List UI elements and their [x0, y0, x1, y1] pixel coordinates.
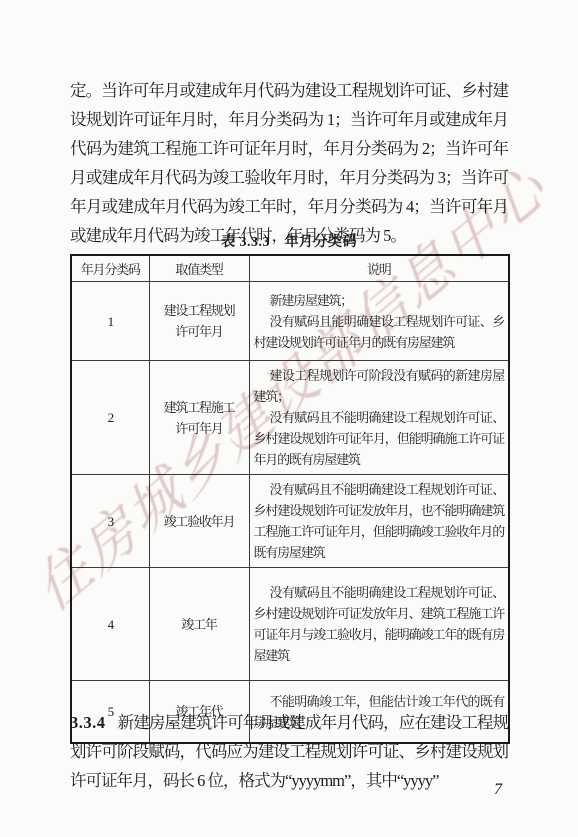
desc-cell: 建设工程规划许可阶段没有赋码的新建房屋建筑；没有赋码且不能明确建设工程规划许可证… [249, 361, 509, 475]
desc-cell: 没有赋码且不能明确建设工程规划许可证、乡村建设规划许可证发放年月，也不能明确建筑… [249, 475, 509, 568]
desc-cell: 新建房屋建筑；没有赋码且能明确建设工程规划许可证、乡村建设规划许可证年月的既有房… [249, 282, 509, 361]
desc-cell: 没有赋码且不能明确建设工程规划许可证、乡村建设规划许可证发放年月、建筑工程施工许… [249, 568, 509, 681]
header-desc-column: 说明 [249, 255, 509, 282]
desc-paragraph: 没有赋码且能明确建设工程规划许可证、乡村建设规划许可证年月的既有房屋建筑 [254, 311, 505, 353]
type-cell: 建筑工程施工许可年月 [149, 361, 249, 475]
type-cell: 竣工年 [149, 568, 249, 681]
header-code-column: 年月分类码 [71, 255, 149, 282]
table-row: 2建筑工程施工许可年月建设工程规划许可阶段没有赋码的新建房屋建筑；没有赋码且不能… [71, 361, 509, 475]
table-header-row: 年月分类码 取值类型 说明 [71, 255, 509, 282]
table-row: 1建设工程规划许可年月新建房屋建筑；没有赋码且能明确建设工程规划许可证、乡村建设… [71, 282, 509, 361]
desc-paragraph: 没有赋码且不能明确建设工程规划许可证、乡村建设规划许可证发放年月，也不能明确建筑… [254, 479, 505, 563]
table-title: 表 3.3.3 年月分类码 [70, 231, 508, 251]
type-cell: 竣工验收年月 [149, 475, 249, 568]
header-type-column: 取值类型 [149, 255, 249, 282]
intro-paragraph: 定。当许可年月或建成年月代码为建设工程规划许可证、乡村建设规划许可证年月时，年月… [70, 76, 508, 250]
month-classification-table: 年月分类码 取值类型 说明 1建设工程规划许可年月新建房屋建筑；没有赋码且能明确… [70, 254, 510, 744]
type-cell: 建设工程规划许可年月 [149, 282, 249, 361]
code-cell: 2 [71, 361, 149, 475]
desc-paragraph: 新建房屋建筑； [254, 290, 505, 311]
table-row: 4竣工年没有赋码且不能明确建设工程规划许可证、乡村建设规划许可证发放年月、建筑工… [71, 568, 509, 681]
clause-number: 3.3.4 [70, 713, 106, 732]
desc-paragraph: 建设工程规划许可阶段没有赋码的新建房屋建筑； [254, 365, 505, 407]
desc-paragraph: 没有赋码且不能明确建设工程规划许可证、乡村建设规划许可证发放年月、建筑工程施工许… [254, 582, 505, 666]
page-number: 7 [494, 781, 502, 799]
code-cell: 3 [71, 475, 149, 568]
code-cell: 1 [71, 282, 149, 361]
table-row: 3竣工验收年月没有赋码且不能明确建设工程规划许可证、乡村建设规划许可证发放年月，… [71, 475, 509, 568]
desc-paragraph: 没有赋码且不能明确建设工程规划许可证、乡村建设规划许可证年月，但能明确施工许可证… [254, 407, 505, 470]
clause-3-3-4: 3.3.4新建房屋建筑许可年月或建成年月代码，应在建设工程规划许可阶段赋码，代码… [70, 708, 508, 795]
code-cell: 4 [71, 568, 149, 681]
clause-text: 新建房屋建筑许可年月或建成年月代码，应在建设工程规划许可阶段赋码，代码应为建设工… [70, 713, 508, 790]
document-page: 住房城乡建设部信息中心 定。当许可年月或建成年月代码为建设工程规划许可证、乡村建… [0, 0, 578, 837]
